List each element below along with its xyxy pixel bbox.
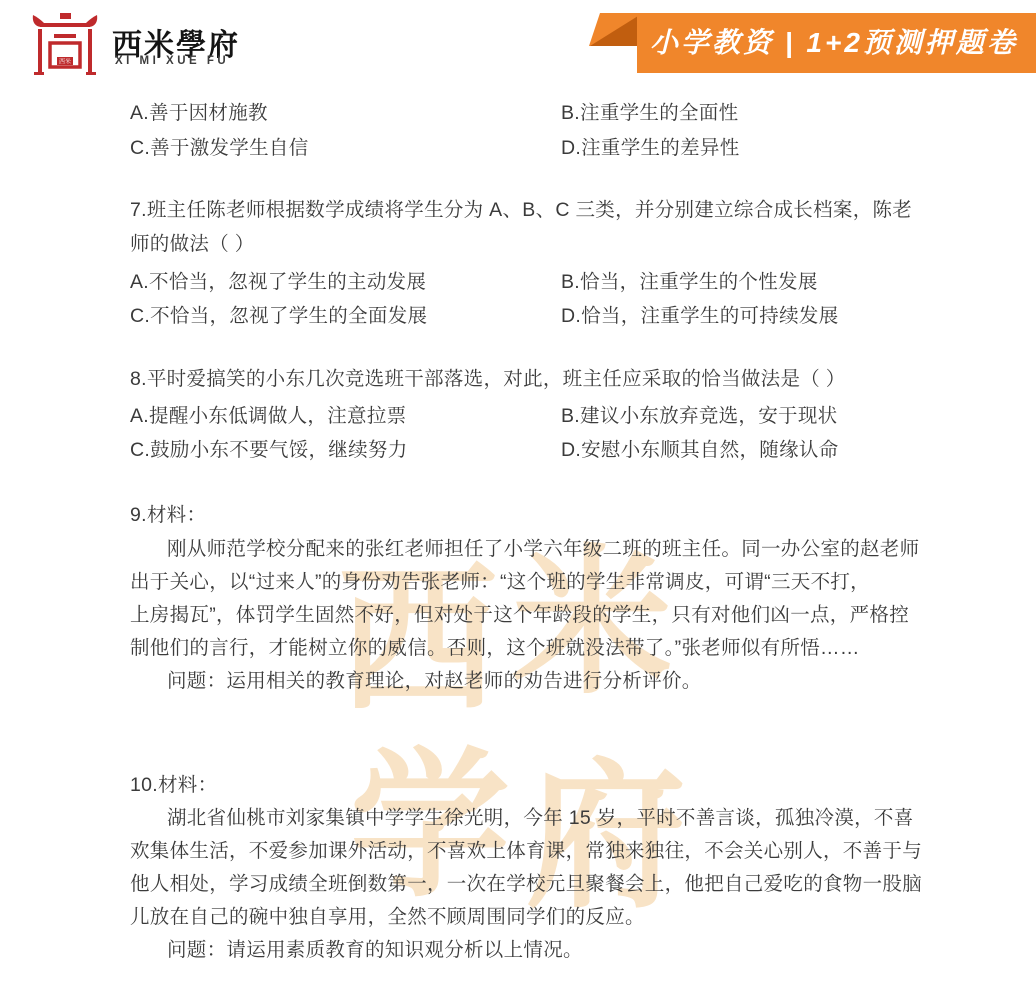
exam-paper-page: 西 米 学 府 西米 西米學府 XI MI XUE FU 小学教	[0, 0, 1036, 1004]
q7-stem-line2: 师的做法（ ）	[130, 231, 255, 257]
q9-question: 问题：运用相关的教育理论，对赵老师的劝告进行分析评价。	[167, 668, 702, 694]
q7-option-a: A.不恰当，忽视了学生的主动发展	[130, 269, 426, 295]
q7-option-b: B.恰当，注重学生的个性发展	[561, 269, 818, 295]
q7-option-c: C.不恰当，忽视了学生的全面发展	[130, 303, 427, 329]
q10-material-line: 儿放在自己的碗中独自享用，全然不顾周围同学们的反应。	[130, 904, 645, 930]
q9-material-line: 制他们的言行，才能树立你的威信。否则，这个班就没法带了。”张老师似有所悟……	[130, 635, 860, 661]
prev-option-b: B.注重学生的全面性	[561, 100, 738, 126]
q10-label: 10.材料：	[130, 772, 217, 798]
q9-label: 9.材料：	[130, 502, 206, 528]
brand-name-en: XI MI XUE FU	[115, 55, 229, 67]
brand-logo: 西米 西米學府 XI MI XUE FU	[0, 0, 320, 95]
q8-option-c: C.鼓励小东不要气馁，继续努力	[130, 437, 408, 463]
prev-option-c: C.善于激发学生自信	[130, 135, 309, 161]
q10-question: 问题：请运用素质教育的知识观分析以上情况。	[167, 937, 583, 963]
q8-option-a: A.提醒小东低调做人，注意拉票	[130, 403, 406, 429]
q7-stem-line1: 7.班主任陈老师根据数学成绩将学生分为 A、B、C 三类，并分别建立综合成长档案…	[130, 197, 912, 223]
q8-stem: 8.平时爱搞笑的小东几次竞选班干部落选，对此，班主任应采取的恰当做法是（ ）	[130, 366, 846, 392]
q9-material-line: 出于关心，以“过来人”的身份劝告张老师：“这个班的学生非常调皮，可谓“三天不打，	[130, 569, 870, 595]
q8-option-d: D.安慰小东顺其自然，随缘认命	[561, 437, 839, 463]
banner-title: 小学教资 | 1+2预测押题卷	[650, 13, 1018, 73]
gate-emblem-icon: 西米	[30, 13, 100, 81]
q10-material-line: 湖北省仙桃市刘家集镇中学学生徐光明，今年 15 岁，平时不善言谈，孤独冷漠，不喜	[167, 805, 914, 831]
q9-material-line: 上房揭瓦”，体罚学生固然不好，但对处于这个年龄段的学生，只有对他们凶一点，严格控	[130, 602, 909, 628]
q8-option-b: B.建议小东放弃竞选，安于现状	[561, 403, 837, 429]
paper-content: A.善于因材施教 B.注重学生的全面性 C.善于激发学生自信 D.注重学生的差异…	[0, 0, 1036, 1004]
q10-material-line: 他人相处，学习成绩全班倒数第一，一次在学校元旦聚餐会上，他把自己爱吃的食物一股脑	[130, 871, 922, 897]
svg-text:西米: 西米	[59, 58, 71, 66]
q10-material-line: 欢集体生活，不爱参加课外活动，不喜欢上体育课，常独来独往，不会关心别人，不善于与	[130, 838, 922, 864]
exam-banner: 小学教资 | 1+2预测押题卷	[584, 0, 1036, 90]
q7-option-d: D.恰当，注重学生的可持续发展	[561, 303, 839, 329]
q9-material-line: 刚从师范学校分配来的张红老师担任了小学六年级二班的班主任。同一办公室的赵老师	[167, 536, 919, 562]
prev-option-d: D.注重学生的差异性	[561, 135, 740, 161]
prev-option-a: A.善于因材施教	[130, 100, 268, 126]
